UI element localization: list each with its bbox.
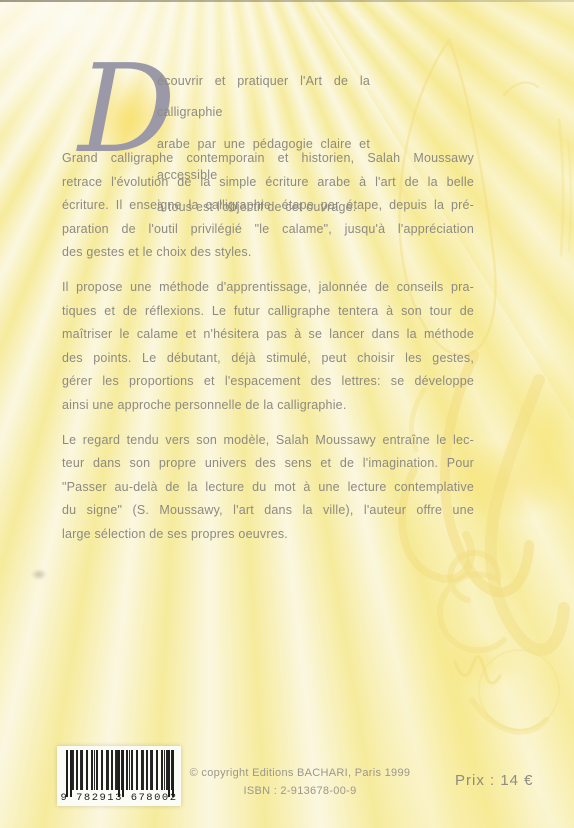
text-line: teur dans son propre univers des sens et… bbox=[62, 452, 474, 476]
text-line: tiques et de réflexions. Le futur callig… bbox=[62, 300, 474, 324]
barcode-guard-bar bbox=[70, 750, 72, 797]
text-line: du signe" (S. Moussawy, l'art dans la vi… bbox=[62, 499, 474, 523]
ean-barcode: 9 782913 678002 bbox=[57, 746, 181, 806]
paragraph: Il propose une méthode d'apprentissage, … bbox=[62, 276, 474, 418]
paragraph: Grand calligraphe contemporain et histor… bbox=[62, 147, 474, 265]
text-line: des gestes et le choix des styles. bbox=[62, 241, 474, 265]
paper-smudge bbox=[31, 569, 47, 580]
text-line: gérer les proportions et l'espacement de… bbox=[62, 370, 474, 394]
text-line: Il propose une méthode d'apprentissage, … bbox=[62, 276, 474, 300]
text-line: maîtriser le calame et n'hésitera pas à … bbox=[62, 323, 474, 347]
barcode-guard-bar bbox=[66, 750, 68, 797]
book-back-cover: D écouvrir et pratiquer l'Art de la call… bbox=[0, 0, 574, 828]
barcode-digits: 9 782913 678002 bbox=[57, 792, 181, 804]
text-line: des points. Le débutant, déjà stimulé, p… bbox=[62, 347, 474, 371]
barcode-guard-bar bbox=[122, 750, 124, 797]
text-line: paration de l'outil privilégié "le calam… bbox=[62, 218, 474, 242]
body-paragraphs: Grand calligraphe contemporain et histor… bbox=[62, 147, 474, 558]
intro-line: écouvrir et pratiquer l'Art de la callig… bbox=[157, 66, 370, 129]
text-line: large sélection de ses propres oeuvres. bbox=[62, 523, 474, 547]
price-label: Prix : 14 € bbox=[455, 772, 534, 789]
text-line: ainsi une approche personnelle de la cal… bbox=[62, 394, 474, 418]
text-line: "Passer au-delà de la lecture du mot à u… bbox=[62, 476, 474, 500]
paragraph: Le regard tendu vers son modèle, Salah M… bbox=[62, 429, 474, 547]
barcode-guard-bar bbox=[168, 750, 170, 797]
text-line: retrace l'évolution de la simple écritur… bbox=[62, 171, 474, 195]
barcode-guard-bar bbox=[118, 750, 120, 797]
text-line: écriture. Il enseigne la calligraphie, é… bbox=[62, 194, 474, 218]
barcode-guard-bar bbox=[172, 750, 174, 797]
text-line: Grand calligraphe contemporain et histor… bbox=[62, 147, 474, 171]
text-line: Le regard tendu vers son modèle, Salah M… bbox=[62, 429, 474, 453]
photo-top-edge bbox=[0, 0, 574, 2]
